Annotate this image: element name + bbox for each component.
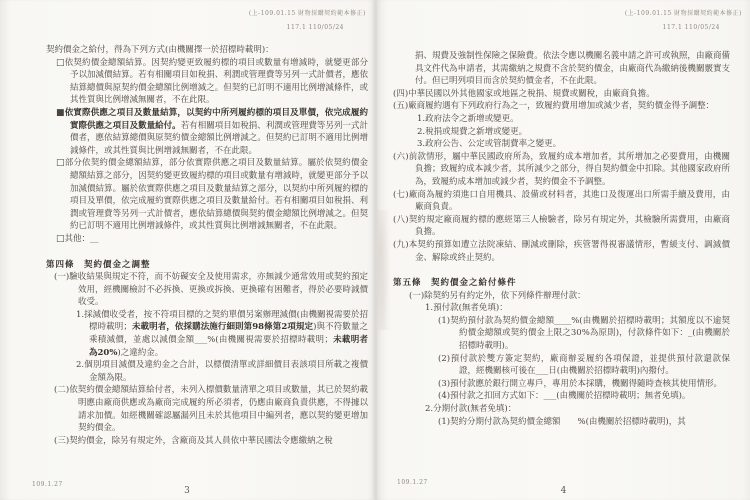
paragraph: 捐、規費及強制性保險之保險費。依法令應以機關名義申請之許可或執照，由廠商備具文件… (415, 50, 730, 88)
text-segment: (三)契約價金，除另有規定外，含廠商及其人員依中華民國法令應繳納之稅 (54, 436, 333, 446)
checkbox-unchecked-icon: □ (56, 58, 65, 68)
text-segment: (八)契約規定廠商履約標的應經第三人檢驗者，除另有規定外，其檢驗所需費用，由廠商… (393, 215, 730, 238)
page-3-body: 契約價金之給付，得為下列方式(由機關擇一於招標時載明)：□依契約價金總額結算。因… (46, 44, 368, 447)
paragraph: 2.稅捐或規費之新增或變更。 (417, 126, 730, 139)
checkbox-checked-icon: ■ (56, 108, 65, 118)
paragraph: 3.政府公告、公定或管制費率之變更。 (417, 138, 730, 151)
text-segment: )之違約金。 (117, 348, 163, 358)
paragraph: (4)預付款之扣回方式如下：___(由機關於招標時載明；無者免填)。 (438, 390, 730, 403)
text-segment: (4)預付款之扣回方式如下：___(由機關於招標時載明；無者免填)。 (438, 391, 690, 401)
page-4-sheet: (上-109.01.15 財物採購契約範本修正) 117.1 110/05/24… (377, 0, 750, 500)
paragraph: (六)前款情形，屬中華民國政府所為，致履約成本增加者，其所增加之必要費用，由機關… (393, 151, 730, 189)
paragraph: 2.個別項目減價及違約金之合計，以標價清單或詳細價目表該項目所載之複價金額為限。 (76, 359, 368, 384)
paragraph: 1.採減價收受者，按不符項目標的之契約單價另案辦理減價(由機關視需要於招標時載明… (76, 309, 368, 359)
text-segment: (一)除契約另有約定外，依下列條件辦理付款： (409, 291, 586, 301)
paragraph: (五)廠商履約遇有下列政府行為之一，致履約費用增加或減少者，契約價金得予調整： (393, 100, 730, 113)
text-segment: 2.分期付款(無者免填)： (425, 404, 516, 414)
text-segment: (二)依契約價金總額結算給付者，未列入標價數量清單之項目或數量，其已於契約載明應… (54, 385, 368, 433)
text-segment: (七)廠商為履約須進口自用機具、設備或材料者，其進口及復運出口所需手續及費用，由… (393, 190, 730, 213)
footer-date: 109.1.27 (397, 479, 428, 486)
page-header: (上-109.01.15 財物採購契約範本修正) 117.1 110/05/24 (249, 9, 366, 32)
scan-smudge (377, 210, 391, 330)
page-4-body: 捐、規費及強制性保險之保險費。依法令應以機關名義申請之許可或執照，由廠商備具文件… (393, 50, 730, 428)
paragraph: □依契約價金總額結算。因契約變更致履約標的項目或數量有增減時，就變更部分予以加減… (56, 57, 368, 107)
page-3-sheet: (上-109.01.15 財物採購契約範本修正) 117.1 110/05/24… (0, 0, 374, 500)
text-segment: (六)前款情形，屬中華民國政府所為，致履約成本增加者，其所增加之必要費用，由機關… (393, 152, 730, 187)
header-revision-note: (上-109.01.15 財物採購契約範本修正) (625, 9, 742, 18)
paragraph: (二)依契約價金總額結算給付者，未列入標價數量清單之項目或數量，其已於契約載明應… (54, 384, 368, 434)
paragraph: (3)預付款應於銀行開立專戶，專用於本採購，機關得隨時查核其使用情形。 (438, 378, 730, 391)
paragraph: (一)除契約另有約定外，依下列條件辦理付款： (409, 290, 730, 303)
paragraph: (三)契約價金，除另有規定外，含廠商及其人員依中華民國法令應繳納之稅 (54, 435, 368, 448)
paragraph: (八)契約規定廠商履約標的應經第三人檢驗者，除另有規定外，其檢驗所需費用，由廠商… (393, 214, 730, 239)
paragraph: 1.政府法令之新增或變更。 (417, 113, 730, 126)
paragraph: (四)中華民國以外其他國家或地區之稅捐、規費或關稅，由廠商負擔。 (393, 88, 730, 101)
text-segment: 2.稅捐或規費之新增或變更。 (417, 127, 527, 137)
paragraph: (一)驗收結果與規定不符，而不妨礙安全及使用需求，亦無減少通常效用或契約預定效用… (54, 271, 368, 309)
text-segment: (2)預付款於雙方簽定契約，廠商辦妥履約各項保證，並提供預付款還款保證，經機關核… (438, 354, 730, 377)
text-segment: 其他：__ (65, 234, 99, 244)
paragraph: (1)契約預付款為契約價金總額____%(由機關於招標時載明；其額度以不逾契約價… (438, 315, 730, 353)
paragraph: □部分依契約價金總額結算，部分依實際供應之項目及數量結算。屬於依契約價金總額結算… (56, 157, 368, 233)
text-segment: (1)契約預付款為契約價金總額____%(由機關於招標時載明；其額度以不逾契約價… (438, 316, 730, 351)
paragraph: (1)契約分期付款為契約價金總額 %(由機關於招標時載明)，其 (438, 416, 730, 429)
text-segment: (3)預付款應於銀行開立專戶，專用於本採購，機關得隨時查核其使用情形。 (438, 379, 722, 389)
text-segment: 第四條 契約價金之調整 (46, 260, 151, 270)
section-heading-article-5: 第五條 契約價金之給付條件 (393, 277, 730, 290)
text-segment: 契約價金之給付，得為下列方式(由機關擇一於招標時載明)： (46, 45, 274, 55)
text-segment: (九)本契約預算如遭立法院凍結、刪減或刪除，疾管署得視審議情形，暫緩支付、調減價… (393, 240, 730, 263)
text-segment: 2.個別項目減價及違約金之合計，以標價清單或詳細價目表該項目所載之複價金額為限。 (76, 360, 368, 383)
text-segment: 部分依契約價金總額結算，部分依實際供應之項目及數量結算。屬於依契約價金總額結算之… (65, 158, 368, 231)
paragraph: 2.分期付款(無者免填)： (425, 403, 730, 416)
paragraph: □其他：__ (56, 233, 368, 246)
header-version: 117.1 110/05/24 (249, 23, 344, 32)
paragraph: 1.預付款(無者免填)： (425, 302, 730, 315)
page-header: (上-109.01.15 財物採購契約範本修正) 117.1 110/05/24 (625, 9, 742, 32)
text-segment: (四)中華民國以外其他國家或地區之稅捐、規費或關稅，由廠商負擔。 (393, 89, 655, 99)
paragraph: ■依實際供應之項目及數量結算，以契約中所列履約標的項目及單價，依完成履約實際供應… (56, 107, 368, 157)
text-segment: (五)廠商履約遇有下列政府行為之一，致履約費用增加或減少者，契約價金得予調整： (393, 101, 714, 111)
page-number: 3 (0, 486, 374, 496)
text-segment: 依契約價金總額結算。因契約變更致履約標的項目或數量有增減時，就變更部分予以加減價… (65, 58, 368, 106)
paragraph: (九)本契約預算如遭立法院凍結、刪減或刪除，疾管署得視審議情形，暫緩支付、調減價… (393, 239, 730, 264)
text-segment: 1.政府法令之新增或變更。 (417, 114, 519, 124)
text-segment: 未載明者，依採購法施行細則第98條第2項規定 (132, 322, 313, 332)
checkbox-unchecked-icon: □ (56, 158, 65, 168)
checkbox-unchecked-icon: □ (56, 234, 65, 244)
text-segment: 1.預付款(無者免填)： (425, 303, 508, 313)
text-segment: 3.政府公告、公定或管制費率之變更。 (417, 139, 561, 149)
header-revision-note: (上-109.01.15 財物採購契約範本修正) (249, 9, 366, 18)
text-segment: (一)驗收結果與規定不符，而不妨礙安全及使用需求，亦無減少通常效用或契約預定效用… (54, 272, 368, 307)
text-segment: 第五條 契約價金之給付條件 (393, 278, 517, 288)
header-version: 117.1 110/05/24 (625, 23, 720, 32)
page-number: 4 (377, 486, 750, 496)
paragraph: 契約價金之給付，得為下列方式(由機關擇一於招標時載明)： (46, 44, 368, 57)
text-segment: 捐、規費及強制性保險之保險費。依法令應以機關名義申請之許可或執照，由廠商備具文件… (415, 51, 730, 86)
paragraph: (2)預付款於雙方簽定契約，廠商辦妥履約各項保證，並提供預付款還款保證，經機關核… (438, 353, 730, 378)
text-segment: (1)契約分期付款為契約價金總額 %(由機關於招標時載明)，其 (438, 417, 686, 427)
section-heading-article-4: 第四條 契約價金之調整 (46, 259, 368, 272)
paragraph: (七)廠商為履約須進口自用機具、設備或材料者，其進口及復運出口所需手續及費用，由… (393, 189, 730, 214)
